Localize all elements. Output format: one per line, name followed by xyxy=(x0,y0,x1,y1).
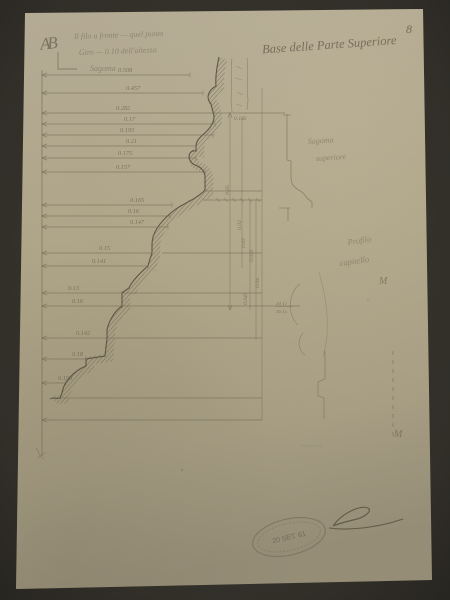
measurement-label: 0.142 xyxy=(76,330,91,337)
measurement-label: 0.282 xyxy=(116,105,131,112)
measurement-label: 0.198 xyxy=(58,375,73,382)
measurement-label: 0.21 xyxy=(126,138,137,145)
measurement-label: 0.185 xyxy=(234,116,247,122)
sagoma-label-line1: Sagoma xyxy=(308,135,334,146)
paper-speck xyxy=(367,299,369,301)
measurement-label: 0.16 xyxy=(128,208,140,215)
measurement-label: 0.141 xyxy=(92,258,106,265)
measurement-label: 0.18 xyxy=(72,351,84,358)
measurement-label: 0.457 xyxy=(126,85,141,92)
measurement-label: 0.165 xyxy=(130,197,144,204)
paper-speck xyxy=(181,469,184,472)
drawing-canvas: AB Il filo a fronte — quel punto Giro — … xyxy=(0,0,450,600)
measurement-label: 0.02 xyxy=(237,220,243,230)
measurement-label: 0.508 xyxy=(118,67,133,74)
measurement-label: 0.03 xyxy=(241,238,247,248)
measurement-label: 0.16 xyxy=(72,298,84,305)
measurement-label: 0.045 xyxy=(243,292,249,305)
measurement-label: 0.193 xyxy=(120,127,134,134)
page-number: 8 xyxy=(406,22,412,36)
small-table-row: 16 15 xyxy=(276,310,288,315)
marker-m-bottom: M xyxy=(393,429,403,440)
measurement-label: 0.13 xyxy=(68,285,79,292)
measurement-label: 0.157 xyxy=(116,164,131,171)
measurement-label: 0.04 xyxy=(255,278,261,288)
measurement-label: 0.025 xyxy=(249,249,255,262)
measurement-label: 0.175 xyxy=(118,150,132,157)
note-line-3: Sagoma xyxy=(90,64,116,73)
measurement-label: 0.05 xyxy=(225,185,231,195)
photo-of-archival-drawing: AB Il filo a fronte — quel punto Giro — … xyxy=(0,0,450,600)
measurement-label: 0.17 xyxy=(124,116,136,123)
measurement-label: 0.15 xyxy=(99,245,110,252)
measurement-label: 0.147 xyxy=(130,219,145,226)
marker-m-top: M xyxy=(378,276,388,287)
